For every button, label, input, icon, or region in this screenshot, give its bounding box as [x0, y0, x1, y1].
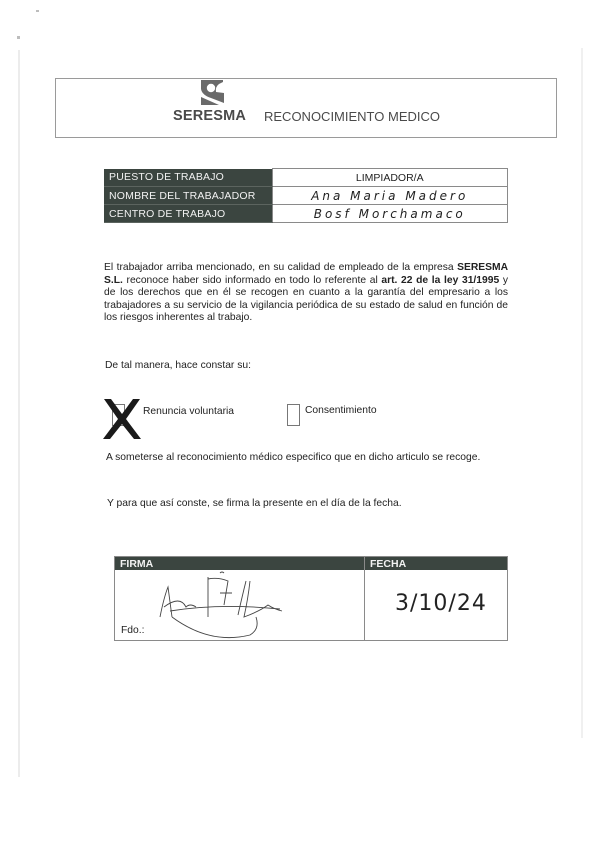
- paragraph-text: reconoce haber sido informado en todo lo…: [123, 275, 382, 286]
- law-reference: art. 22 de la ley 31/1995: [381, 275, 499, 286]
- statement-text: A someterse al reconocimiento médico esp…: [106, 452, 480, 463]
- scan-speck: [17, 36, 20, 39]
- scan-speck: [36, 10, 39, 12]
- worker-name-value: Ana Maria Madero: [272, 187, 508, 205]
- signature-table: FIRMA FECHA Fdo.: 3/10/24: [114, 556, 508, 641]
- handwritten-signature[interactable]: [150, 567, 300, 642]
- table-row: NOMBRE DEL TRABAJADOR Ana Maria Madero: [104, 187, 508, 205]
- workplace-label: CENTRO DE TRABAJO: [104, 205, 272, 223]
- seresma-logo-icon: [199, 79, 225, 106]
- fecha-label: FECHA: [370, 557, 406, 571]
- declaration-paragraph: El trabajador arriba mencionado, en su c…: [104, 262, 508, 325]
- scan-edge-right: [581, 48, 583, 738]
- worker-name-label: NOMBRE DEL TRABAJADOR: [104, 187, 272, 205]
- table-row: CENTRO DE TRABAJO Bosf Morchamaco: [104, 205, 508, 223]
- column-divider: [364, 557, 365, 640]
- firma-label: FIRMA: [120, 557, 153, 571]
- document-title: RECONOCIMIENTO MEDICO: [264, 109, 440, 124]
- intro-text: De tal manera, hace constar su:: [105, 360, 251, 371]
- document-header: [55, 78, 557, 138]
- consentimiento-checkbox[interactable]: [287, 404, 300, 426]
- consentimiento-label: Consentimiento: [305, 405, 377, 416]
- workplace-value: Bosf Morchamaco: [272, 205, 508, 223]
- renuncia-label: Renuncia voluntaria: [143, 406, 234, 417]
- checked-x-mark-icon: [102, 398, 142, 440]
- brand-name: SERESMA: [173, 108, 246, 124]
- job-position-label: PUESTO DE TRABAJO: [104, 169, 272, 187]
- scan-edge-left: [18, 50, 20, 777]
- job-position-value: LIMPIADOR/A: [272, 169, 508, 187]
- table-row: PUESTO DE TRABAJO LIMPIADOR/A: [104, 169, 508, 187]
- fdo-label: Fdo.:: [121, 625, 144, 636]
- paragraph-text: El trabajador arriba mencionado, en su c…: [104, 262, 457, 273]
- closing-text: Y para que así conste, se firma la prese…: [107, 498, 402, 509]
- worker-info-table: PUESTO DE TRABAJO LIMPIADOR/A NOMBRE DEL…: [104, 168, 508, 223]
- fecha-value[interactable]: 3/10/24: [395, 591, 487, 616]
